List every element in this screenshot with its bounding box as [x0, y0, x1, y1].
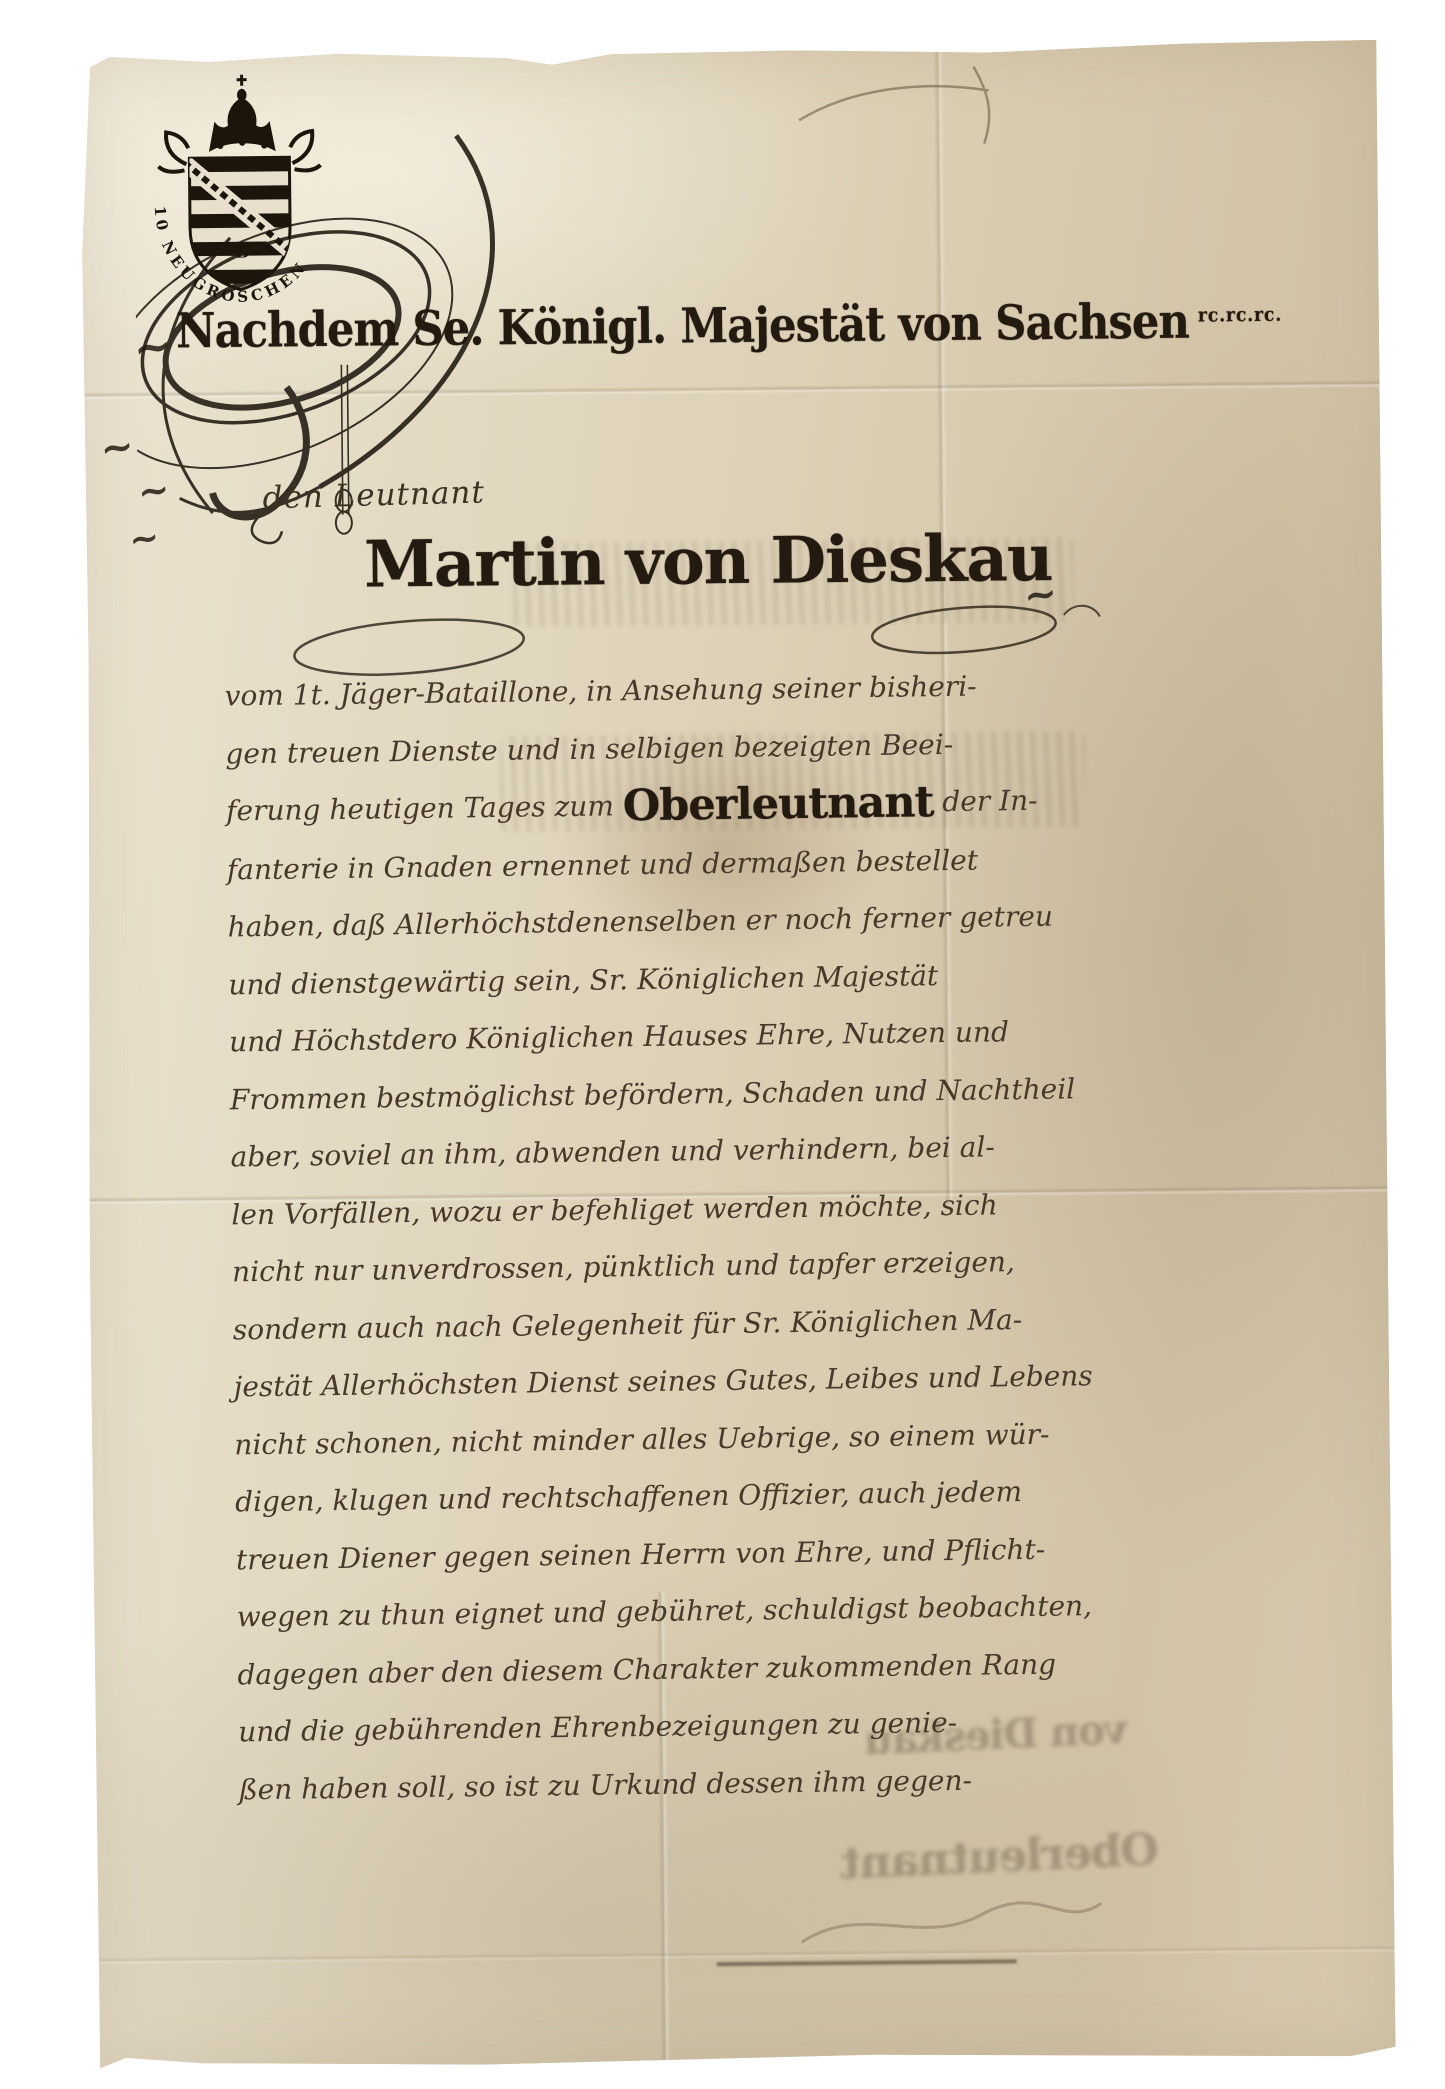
heading-etc-marks: rc.rc.rc. [1198, 304, 1282, 327]
flourish-mark: ~ [134, 465, 172, 514]
document-heading: Nachdem Se. Königl. Majestät von Sachsen… [176, 294, 1148, 359]
heading-text: Nachdem Se. Königl. Majestät von Sachsen [176, 294, 1189, 360]
bleedthrough-signature [796, 1887, 1107, 1960]
body-line: ßen haben soll, so ist zu Urkund dessen … [239, 1749, 1130, 1818]
flourish-mark: ~ [129, 317, 175, 376]
body-line: ferung heutigen Tages zum Oberleutnant d… [226, 771, 1117, 841]
flourish-mark: ~ [97, 422, 137, 473]
bleedthrough-text: Oberleutnant [840, 1824, 1160, 1889]
salutation-line: den Leutnant [262, 474, 485, 516]
photo-background: { "document": { "kind_label": "handwritt… [0, 0, 1445, 2089]
bleedthrough-rule [717, 1959, 1017, 1966]
crown-icon [210, 74, 275, 150]
flourish-mark: ~ [126, 516, 162, 562]
body-line-segment: ferung heutigen Tages zum [226, 789, 623, 827]
pencil-scribble [778, 48, 1039, 160]
body-line: haben, daß Allerhöchstdenenselben er noc… [227, 887, 1118, 956]
body-line-segment: der In- [933, 784, 1038, 818]
promotion-rank-word: Oberleutnant [622, 777, 933, 831]
body-line: dagegen aber den diesem Charakter zukomm… [237, 1634, 1128, 1703]
body-text: vom 1t. Jäger-Bataillone, in Ansehung se… [224, 656, 1129, 1819]
document-paper: 10 NEUGROSCHEN D ~ ~ ~ ~ ~ Nachdem Se. K… [78, 40, 1395, 2068]
